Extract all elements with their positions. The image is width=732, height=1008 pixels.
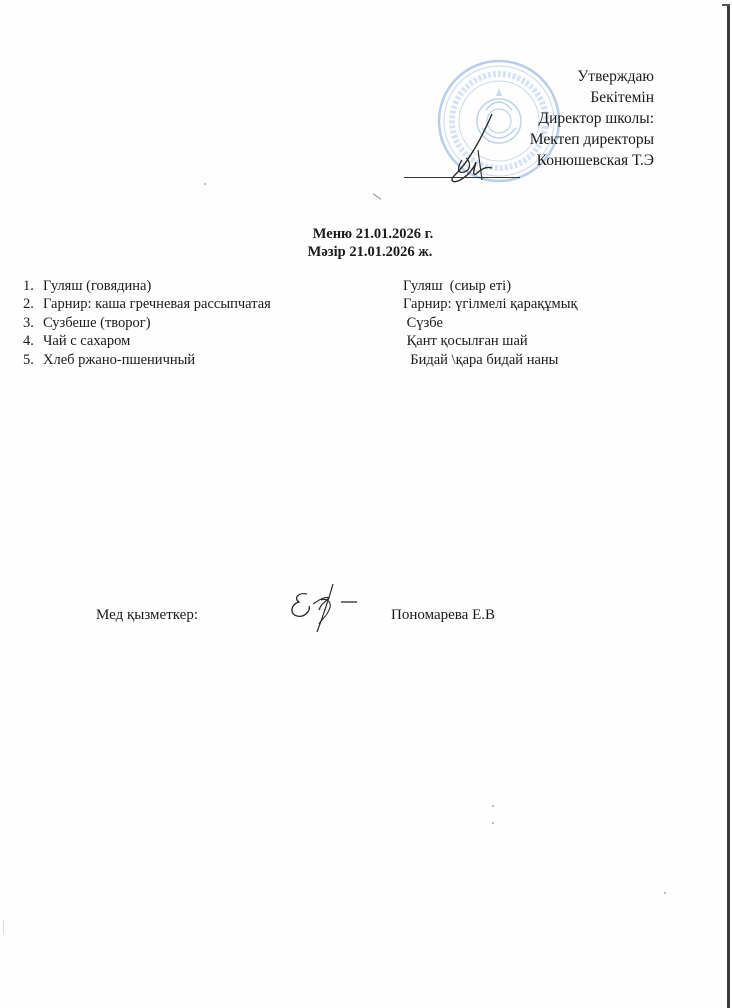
- scan-speck: [373, 193, 382, 200]
- menu-list-kz: Гуляш (сиыр еті) Гарнир: үгілмелі қарақұ…: [403, 277, 578, 369]
- list-item: 4.Чай с сахаром: [23, 332, 271, 350]
- approval-block: Утверждаю Бекітемін Директор школы: Мект…: [530, 66, 654, 171]
- document-page: Утверждаю Бекітемін Директор школы: Мект…: [0, 0, 732, 1008]
- item-number: 4.: [23, 332, 43, 350]
- scan-edge-line: [727, 6, 730, 1008]
- approval-line: Бекітемін: [530, 87, 654, 108]
- scan-speck: [3, 920, 4, 934]
- list-item: 1.Гуляш (говядина): [23, 277, 271, 295]
- item-text: Гарнир: каша гречневая рассыпчатая: [43, 296, 271, 312]
- item-number: 2.: [23, 295, 43, 313]
- director-signature-icon: [440, 110, 520, 186]
- list-item: Гарнир: үгілмелі қарақұмық: [403, 295, 578, 313]
- menu-title: Меню 21.01.2026 г. Мәзір 21.01.2026 ж.: [0, 225, 732, 261]
- item-text: Хлеб ржано-пшеничный: [43, 352, 195, 368]
- scan-speck: [492, 805, 494, 807]
- list-item: 5.Хлеб ржано-пшеничный: [23, 351, 271, 369]
- medical-signature-icon: [285, 580, 365, 636]
- scan-speck: [492, 822, 494, 824]
- director-name: Конюшевская Т.Э: [530, 150, 654, 171]
- approval-line: Директор школы:: [530, 108, 654, 129]
- list-item: 3.Сузбеше (творог): [23, 314, 271, 332]
- list-item: Гуляш (сиыр еті): [403, 277, 578, 295]
- scan-speck: [664, 892, 666, 894]
- item-text: Чай с сахаром: [43, 333, 130, 349]
- item-text: Сузбеше (творог): [43, 315, 151, 331]
- item-text: Гуляш (говядина): [43, 278, 151, 294]
- list-item: Қант қосылған шай: [403, 332, 578, 350]
- scan-speck: [204, 183, 206, 185]
- list-item: Бидай \қара бидай наны: [403, 351, 578, 369]
- list-item: 2.Гарнир: каша гречневая рассыпчатая: [23, 295, 271, 313]
- menu-list-ru: 1.Гуляш (говядина) 2.Гарнир: каша гречне…: [23, 277, 271, 369]
- item-number: 5.: [23, 351, 43, 369]
- menu-title-ru: Меню 21.01.2026 г.: [0, 225, 732, 243]
- medical-worker-name: Пономарева Е.В: [391, 607, 495, 624]
- approval-line: Мектеп директоры: [530, 129, 654, 150]
- item-number: 1.: [23, 277, 43, 295]
- director-signature-line: [404, 177, 520, 178]
- approval-line: Утверждаю: [530, 66, 654, 87]
- list-item: Сүзбе: [403, 314, 578, 332]
- menu-title-kz: Мәзір 21.01.2026 ж.: [0, 243, 732, 261]
- medical-worker-label: Мед қызметкер:: [96, 607, 198, 624]
- item-number: 3.: [23, 314, 43, 332]
